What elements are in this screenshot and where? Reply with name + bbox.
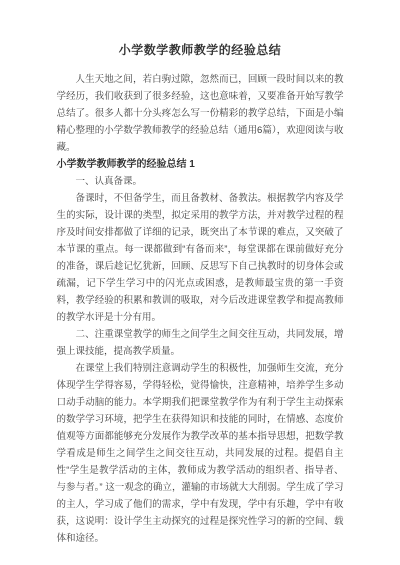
point-1-body-paragraph: 备课时，不但备学生，而且备教材、备教法。根据教学内容及学生的实际，设计课的类型，…: [57, 190, 344, 326]
point-2-body-paragraph: 在课堂上我们特别注意调动学生的积极性，加强师生交流，充分体现学生学得容易，学得轻…: [57, 360, 344, 547]
document-body: 人生天地之间，若白驹过隙，忽然而已，回顾一段时间以来的教学经历，我们收获到了很多…: [57, 71, 344, 547]
point-2-title-paragraph: 二、注重课堂教学的师生之间学生之间交往互动，共同发展，增强上课技能，提高教学质量…: [57, 326, 344, 360]
section-1-heading: 小学数学教师教学的经验总结 1: [57, 156, 344, 173]
document-page: 小学数学教师教学的经验总结 人生天地之间，若白驹过隙，忽然而已，回顾一段时间以来…: [0, 0, 400, 565]
page-title: 小学数学教师教学的经验总结: [0, 43, 400, 57]
point-1-title-paragraph: 一、认真备课。: [57, 173, 344, 190]
intro-paragraph: 人生天地之间，若白驹过隙，忽然而已，回顾一段时间以来的教学经历，我们收获到了很多…: [57, 71, 344, 156]
